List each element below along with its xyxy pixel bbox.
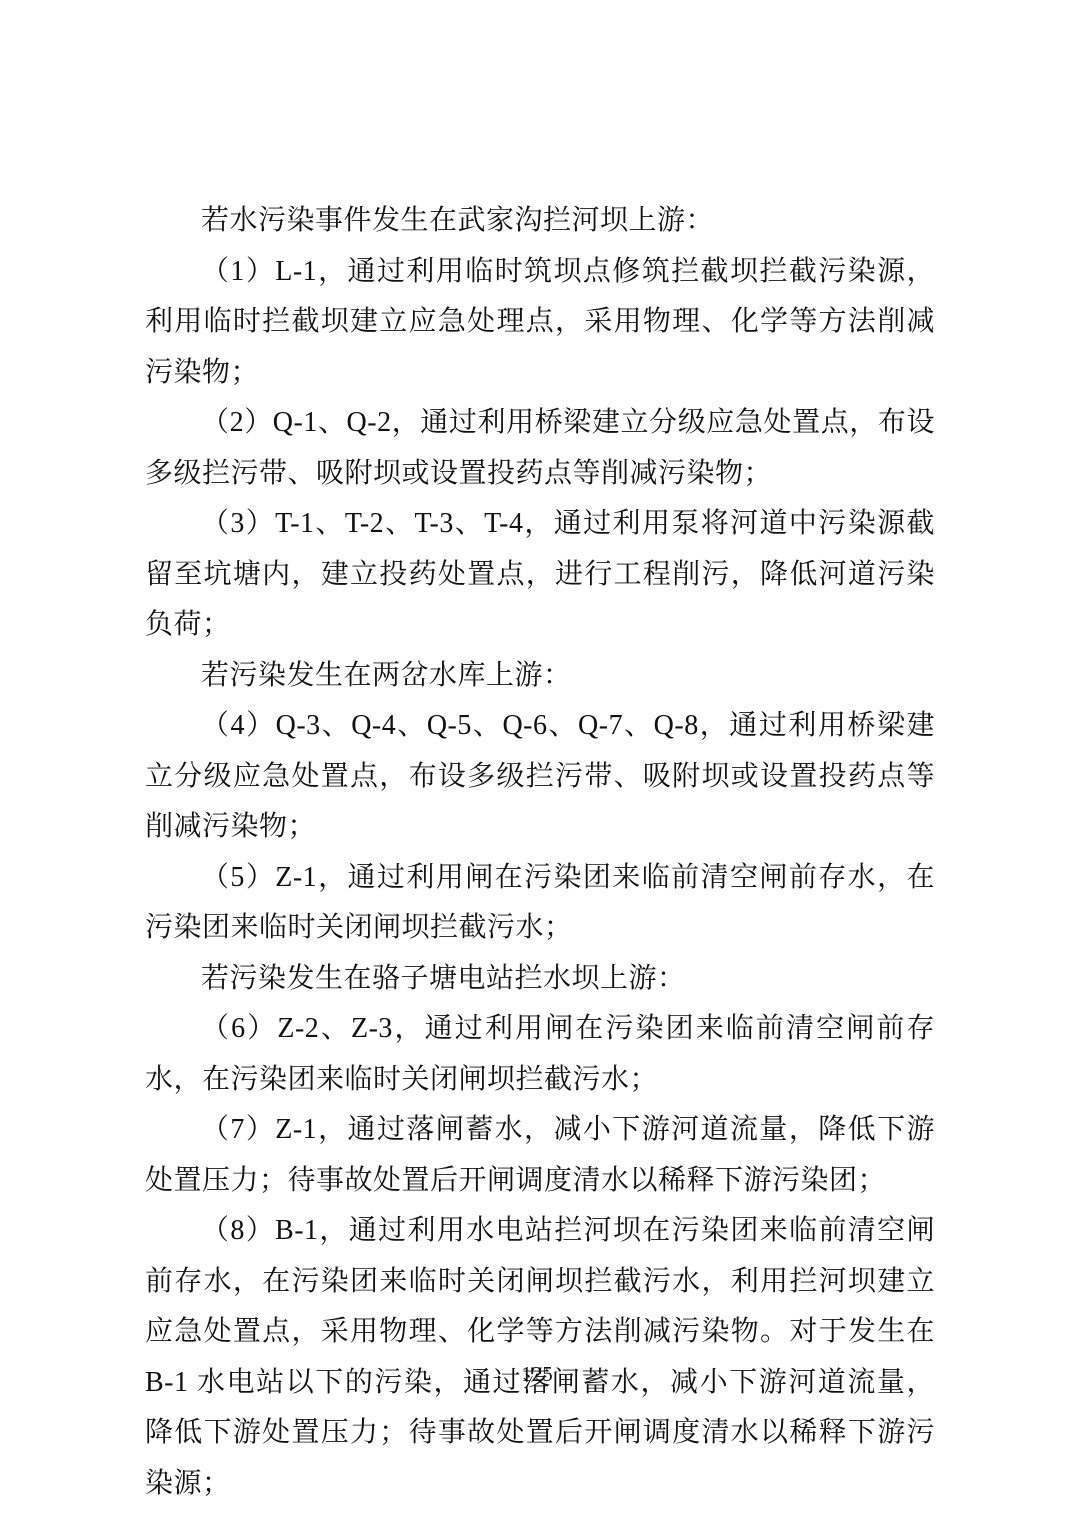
document-body: 若水污染事件发生在武家沟拦河坝上游： （1）L-1，通过利用临时筑坝点修筑拦截坝… bbox=[145, 196, 935, 1509]
document-page: 若水污染事件发生在武家沟拦河坝上游： （1）L-1，通过利用临时筑坝点修筑拦截坝… bbox=[0, 0, 1074, 1520]
paragraph-item-3: （3）T-1、T-2、T-3、T-4，通过利用泵将河道中污染源截留至坑塘内，建立… bbox=[145, 499, 935, 651]
paragraph-item-8: （8）B-1，通过利用水电站拦河坝在污染团来临前清空闸前存水，在污染团来临时关闭… bbox=[145, 1206, 935, 1509]
page-number: 125 bbox=[521, 1362, 553, 1387]
paragraph-item-2: （2）Q-1、Q-2，通过利用桥梁建立分级应急处置点，布设多级拦污带、吸附坝或设… bbox=[145, 398, 935, 499]
paragraph-intro-liangcha: 若污染发生在两岔水库上游： bbox=[145, 651, 935, 702]
paragraph-item-5: （5）Z-1，通过利用闸在污染团来临前清空闸前存水，在污染团来临时关闭闸坝拦截污… bbox=[145, 853, 935, 954]
paragraph-item-4: （4）Q-3、Q-4、Q-5、Q-6、Q-7、Q-8，通过利用桥梁建立分级应急处… bbox=[145, 701, 935, 853]
paragraph-item-1: （1）L-1，通过利用临时筑坝点修筑拦截坝拦截污染源，利用临时拦截坝建立应急处理… bbox=[145, 247, 935, 399]
paragraph-item-7: （7）Z-1，通过落闸蓄水，减小下游河道流量，降低下游处置压力；待事故处置后开闸… bbox=[145, 1105, 935, 1206]
paragraph-item-6: （6）Z-2、Z-3，通过利用闸在污染团来临前清空闸前存水，在污染团来临时关闭闸… bbox=[145, 1004, 935, 1105]
paragraph-intro-luozitang: 若污染发生在骆子塘电站拦水坝上游： bbox=[145, 954, 935, 1005]
paragraph-intro-wujiagou: 若水污染事件发生在武家沟拦河坝上游： bbox=[145, 196, 935, 247]
page-footer: 125 bbox=[0, 1362, 1074, 1387]
